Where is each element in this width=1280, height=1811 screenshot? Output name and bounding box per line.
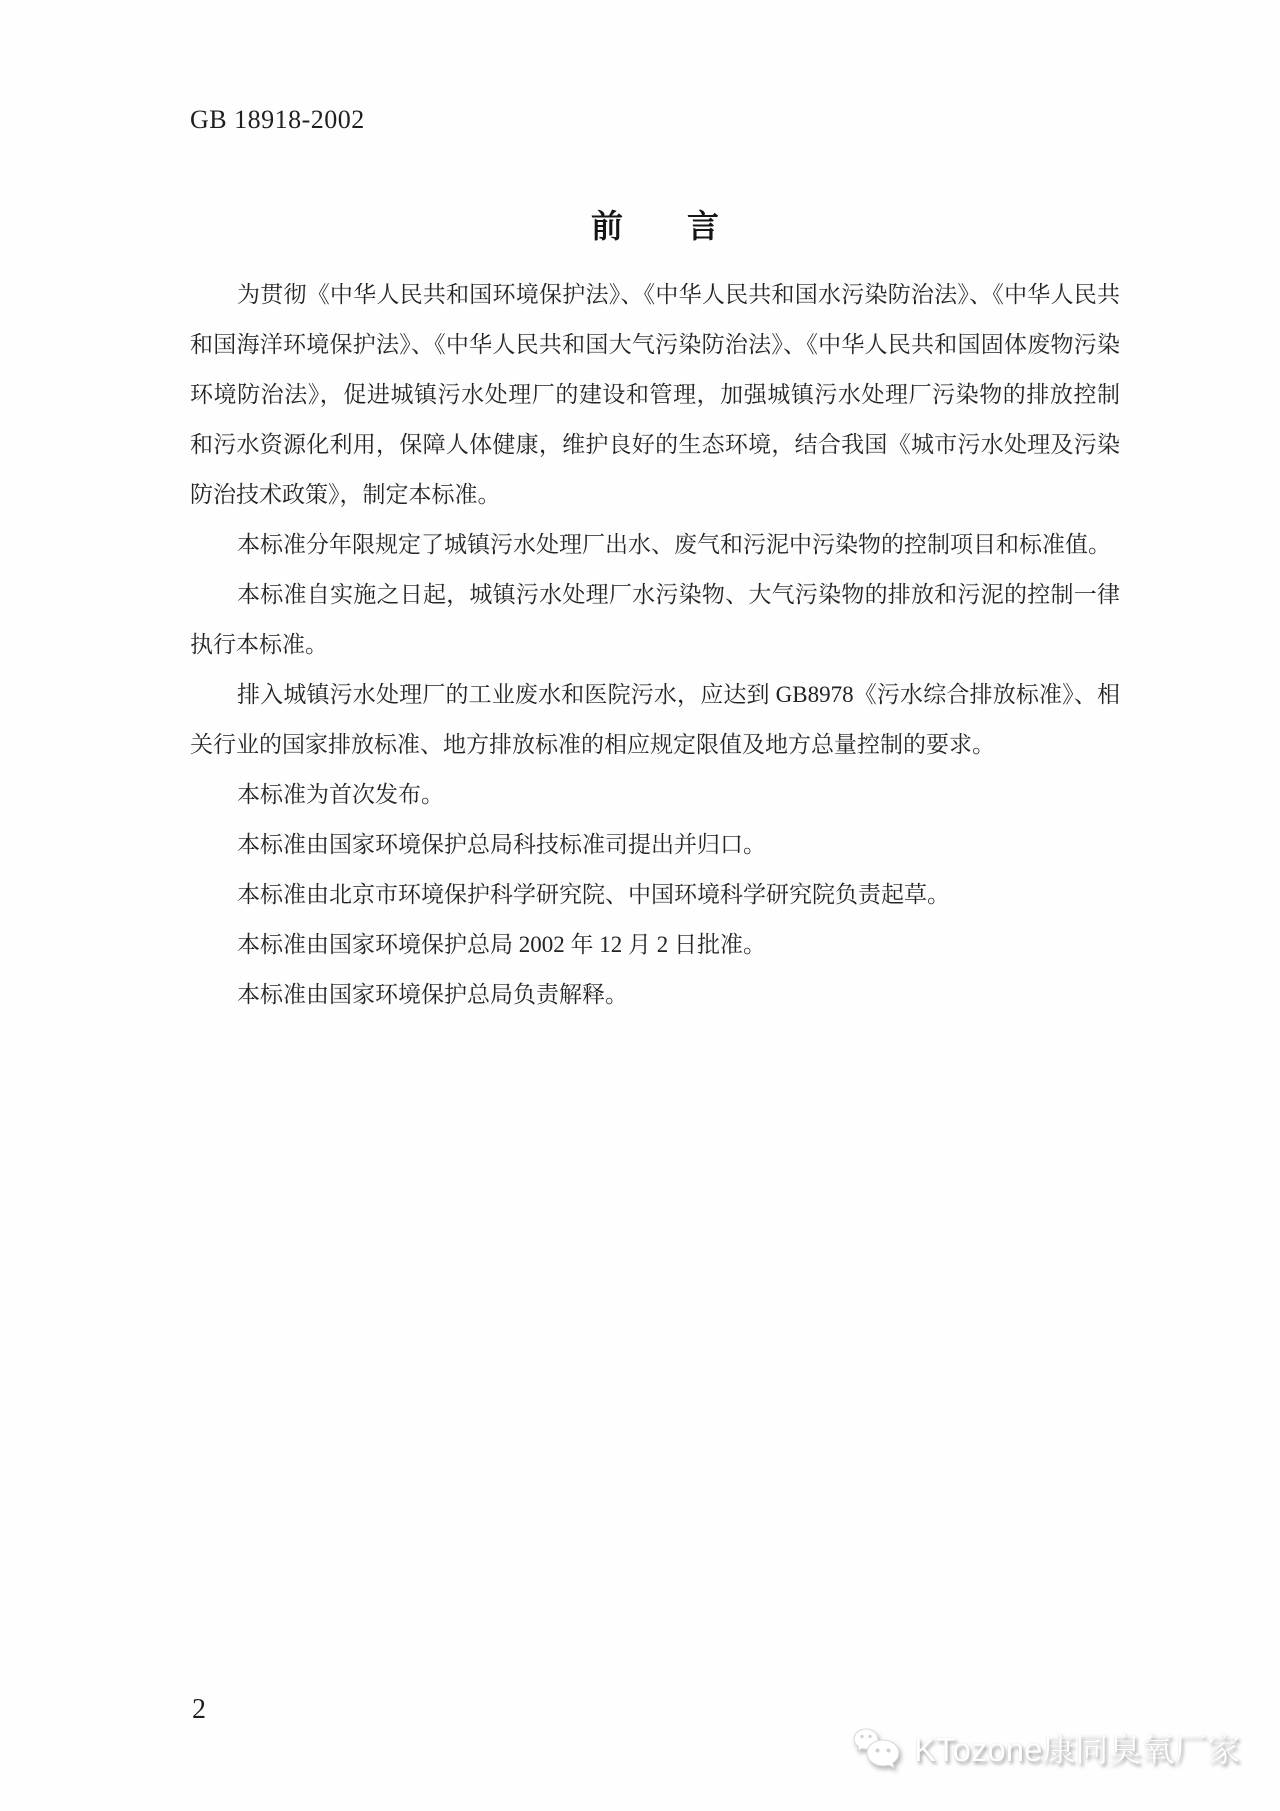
- watermark: KTozone康同臭氧厂家: [852, 1726, 1240, 1774]
- paragraph: 排入城镇污水处理厂的工业废水和医院污水，应达到 GB8978《污水综合排放标准》…: [190, 670, 1120, 770]
- paragraph: 本标准分年限规定了城镇污水处理厂出水、废气和污泥中污染物的控制项目和标准值。: [190, 520, 1120, 570]
- foreword-body: 为贯彻《中华人民共和国环境保护法》、《中华人民共和国水污染防治法》、《中华人民共…: [190, 270, 1120, 1020]
- wechat-icon: [852, 1726, 904, 1774]
- paragraph: 本标准由国家环境保护总局科技标准司提出并归口。: [190, 820, 1120, 870]
- page-number: 2: [192, 1694, 206, 1726]
- paragraph: 本标准由国家环境保护总局负责解释。: [190, 970, 1120, 1020]
- paragraph: 本标准由北京市环境保护科学研究院、中国环境科学研究院负责起草。: [190, 870, 1120, 920]
- paragraph: 本标准为首次发布。: [190, 770, 1120, 820]
- document-page: GB 18918-2002 前 言 为贯彻《中华人民共和国环境保护法》、《中华人…: [0, 0, 1280, 1811]
- paragraph: 本标准由国家环境保护总局 2002 年 12 月 2 日批准。: [190, 920, 1120, 970]
- paragraph: 为贯彻《中华人民共和国环境保护法》、《中华人民共和国水污染防治法》、《中华人民共…: [190, 270, 1120, 520]
- page-title: 前 言: [190, 210, 1120, 242]
- standard-number-header: GB 18918-2002: [190, 105, 365, 135]
- watermark-text: KTozone康同臭氧厂家: [914, 1726, 1240, 1774]
- paragraph: 本标准自实施之日起，城镇污水处理厂水污染物、大气污染物的排放和污泥的控制一律执行…: [190, 570, 1120, 670]
